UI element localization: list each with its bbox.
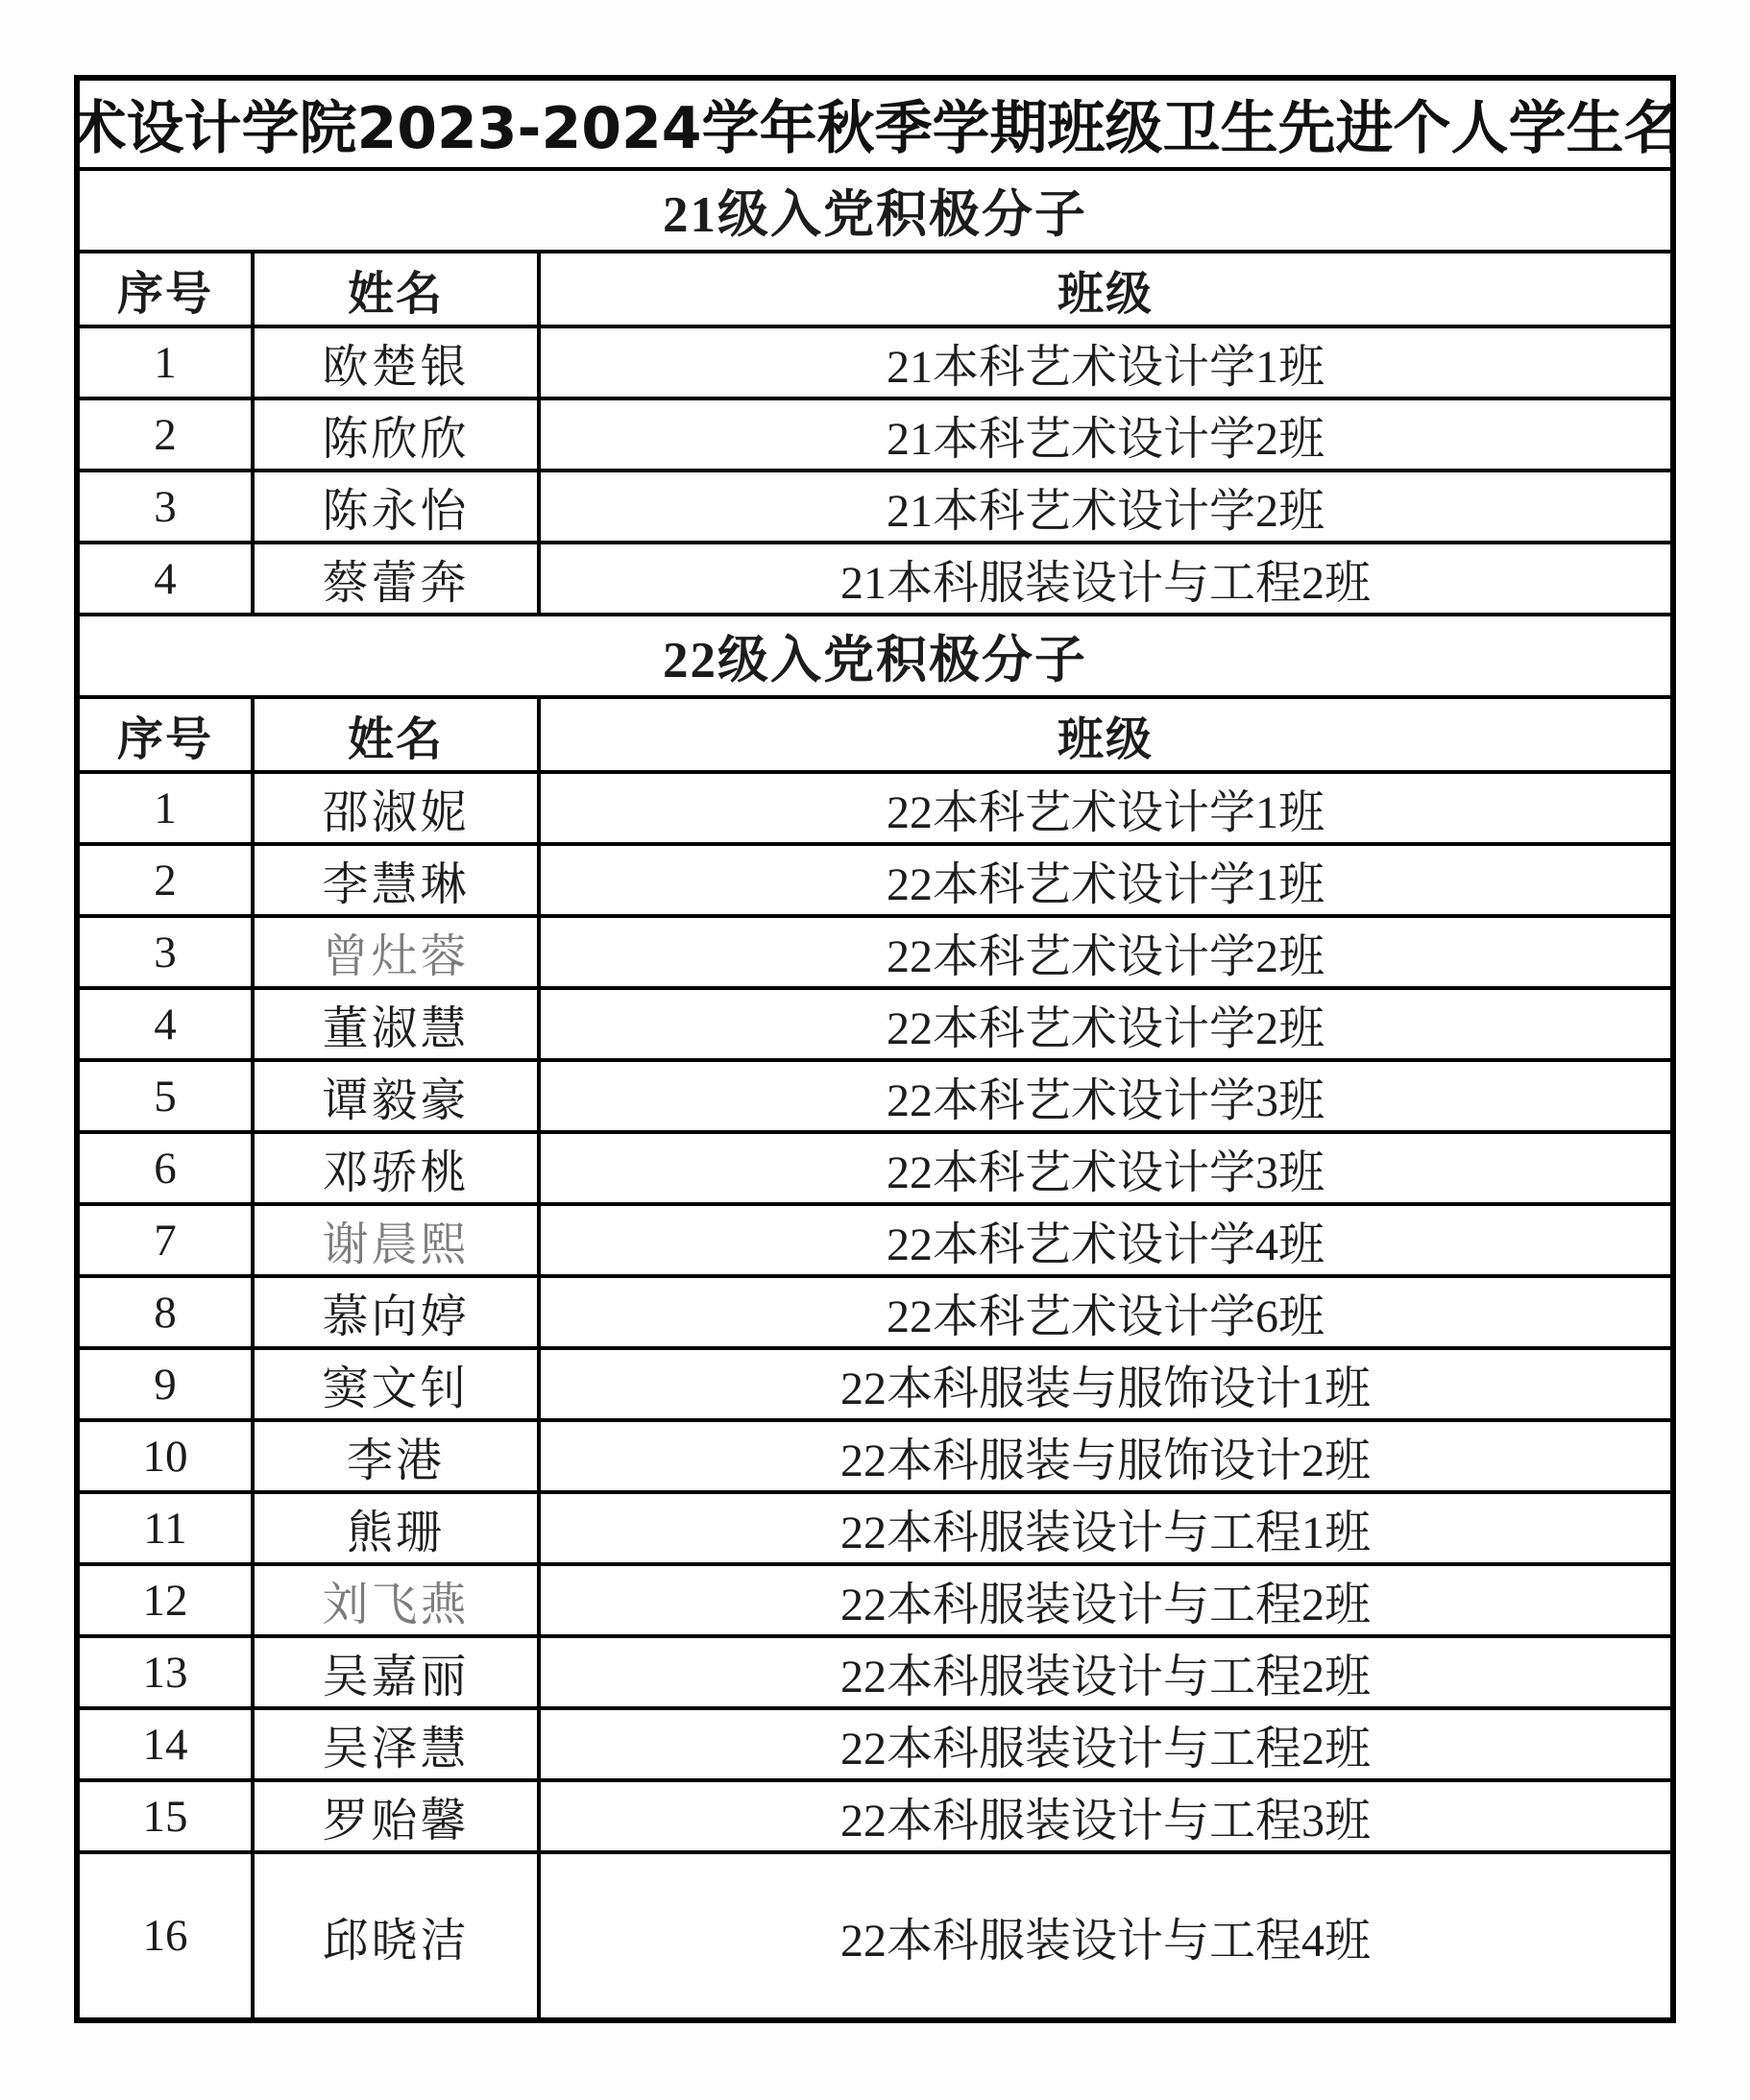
row-index: 8	[80, 1278, 251, 1346]
column-header-class: 班级	[537, 699, 1670, 770]
row-index: 2	[80, 400, 251, 469]
section-2-header: 22级入党积极分子	[80, 616, 1670, 695]
table-row: 8 慕向婷 22本科艺术设计学6班	[80, 1274, 1670, 1346]
student-name: 谢晨熙	[251, 1206, 537, 1274]
table-row: 6 邓骄桃 22本科艺术设计学3班	[80, 1130, 1670, 1202]
table-row: 10 李港 22本科服装与服饰设计2班	[80, 1418, 1670, 1490]
column-header-index: 序号	[80, 253, 251, 325]
class-name: 21本科艺术设计学2班	[537, 472, 1670, 541]
table-row: 2 陈欣欣 21本科艺术设计学2班	[80, 397, 1670, 469]
table-row: 3 曾灶蓉 22本科艺术设计学2班	[80, 914, 1670, 986]
column-header-name: 姓名	[251, 699, 537, 770]
class-name: 22本科艺术设计学3班	[537, 1134, 1670, 1202]
row-index: 14	[80, 1710, 251, 1778]
row-index: 3	[80, 472, 251, 541]
class-name: 21本科艺术设计学2班	[537, 400, 1670, 469]
class-name: 22本科艺术设计学4班	[537, 1206, 1670, 1274]
row-index: 12	[80, 1566, 251, 1634]
student-name: 欧楚银	[251, 328, 537, 397]
student-name: 谭毅豪	[251, 1062, 537, 1130]
table-row: 9 窦文钊 22本科服装与服饰设计1班	[80, 1346, 1670, 1418]
row-index: 1	[80, 774, 251, 842]
student-name: 邓骄桃	[251, 1134, 537, 1202]
row-index: 4	[80, 544, 251, 613]
student-name: 李慧琳	[251, 846, 537, 914]
table-row: 15 罗贻馨 22本科服装设计与工程3班	[80, 1778, 1670, 1850]
class-name: 22本科艺术设计学2班	[537, 990, 1670, 1058]
class-name: 22本科服装设计与工程2班	[537, 1566, 1670, 1634]
class-name: 22本科服装设计与工程3班	[537, 1782, 1670, 1850]
row-index: 1	[80, 328, 251, 397]
student-name: 邱晓洁	[251, 1854, 537, 2017]
document-title: 艺术设计学院2023-2024学年秋季学期班级卫生先进个人学生名单	[80, 81, 1670, 167]
table-row: 13 吴嘉丽 22本科服装设计与工程2班	[80, 1634, 1670, 1706]
class-name: 22本科艺术设计学1班	[537, 774, 1670, 842]
class-name: 21本科服装设计与工程2班	[537, 544, 1670, 613]
row-index: 10	[80, 1422, 251, 1490]
row-index: 11	[80, 1494, 251, 1562]
section-header-row: 21级入党积极分子	[80, 167, 1670, 250]
row-index: 3	[80, 918, 251, 986]
row-index: 7	[80, 1206, 251, 1274]
row-index: 5	[80, 1062, 251, 1130]
column-header-name: 姓名	[251, 253, 537, 325]
row-index: 6	[80, 1134, 251, 1202]
class-name: 21本科艺术设计学1班	[537, 328, 1670, 397]
class-name: 22本科服装设计与工程1班	[537, 1494, 1670, 1562]
table-row: 7 谢晨熙 22本科艺术设计学4班	[80, 1202, 1670, 1274]
table-row: 16 邱晓洁 22本科服装设计与工程4班	[80, 1850, 1670, 2017]
table-row: 2 李慧琳 22本科艺术设计学1班	[80, 842, 1670, 914]
column-header-row: 序号 姓名 班级	[80, 695, 1670, 770]
row-index: 13	[80, 1638, 251, 1706]
table-row: 1 邵淑妮 22本科艺术设计学1班	[80, 770, 1670, 842]
section-1-header: 21级入党积极分子	[80, 171, 1670, 250]
table-row: 11 熊珊 22本科服装设计与工程1班	[80, 1490, 1670, 1562]
table-row: 14 吴泽慧 22本科服装设计与工程2班	[80, 1706, 1670, 1778]
table-row: 3 陈永怡 21本科艺术设计学2班	[80, 469, 1670, 541]
class-name: 22本科服装设计与工程2班	[537, 1710, 1670, 1778]
student-name: 李港	[251, 1422, 537, 1490]
student-name: 刘飞燕	[251, 1566, 537, 1634]
column-header-class: 班级	[537, 253, 1670, 325]
student-name: 陈永怡	[251, 472, 537, 541]
student-name: 邵淑妮	[251, 774, 537, 842]
student-name: 吴嘉丽	[251, 1638, 537, 1706]
student-name: 熊珊	[251, 1494, 537, 1562]
student-name: 曾灶蓉	[251, 918, 537, 986]
student-name: 吴泽慧	[251, 1710, 537, 1778]
column-header-index: 序号	[80, 699, 251, 770]
row-index: 4	[80, 990, 251, 1058]
class-name: 22本科艺术设计学3班	[537, 1062, 1670, 1130]
class-name: 22本科服装设计与工程2班	[537, 1638, 1670, 1706]
table-row: 5 谭毅豪 22本科艺术设计学3班	[80, 1058, 1670, 1130]
class-name: 22本科服装设计与工程4班	[537, 1854, 1670, 2017]
section-header-row: 22级入党积极分子	[80, 613, 1670, 695]
row-index: 2	[80, 846, 251, 914]
table-row: 1 欧楚银 21本科艺术设计学1班	[80, 325, 1670, 397]
student-name: 蔡蕾奔	[251, 544, 537, 613]
row-index: 16	[80, 1854, 251, 2017]
row-index: 9	[80, 1350, 251, 1418]
class-name: 22本科艺术设计学6班	[537, 1278, 1670, 1346]
student-name: 陈欣欣	[251, 400, 537, 469]
table-row: 4 蔡蕾奔 21本科服装设计与工程2班	[80, 541, 1670, 613]
column-header-row: 序号 姓名 班级	[80, 250, 1670, 325]
row-index: 15	[80, 1782, 251, 1850]
student-name: 董淑慧	[251, 990, 537, 1058]
table-row: 4 董淑慧 22本科艺术设计学2班	[80, 986, 1670, 1058]
student-list-table: 艺术设计学院2023-2024学年秋季学期班级卫生先进个人学生名单 21级入党积…	[74, 75, 1676, 2023]
title-row: 艺术设计学院2023-2024学年秋季学期班级卫生先进个人学生名单	[80, 81, 1670, 167]
class-name: 22本科艺术设计学2班	[537, 918, 1670, 986]
class-name: 22本科服装与服饰设计2班	[537, 1422, 1670, 1490]
student-name: 罗贻馨	[251, 1782, 537, 1850]
class-name: 22本科艺术设计学1班	[537, 846, 1670, 914]
student-name: 窦文钊	[251, 1350, 537, 1418]
student-name: 慕向婷	[251, 1278, 537, 1346]
class-name: 22本科服装与服饰设计1班	[537, 1350, 1670, 1418]
table-row: 12 刘飞燕 22本科服装设计与工程2班	[80, 1562, 1670, 1634]
